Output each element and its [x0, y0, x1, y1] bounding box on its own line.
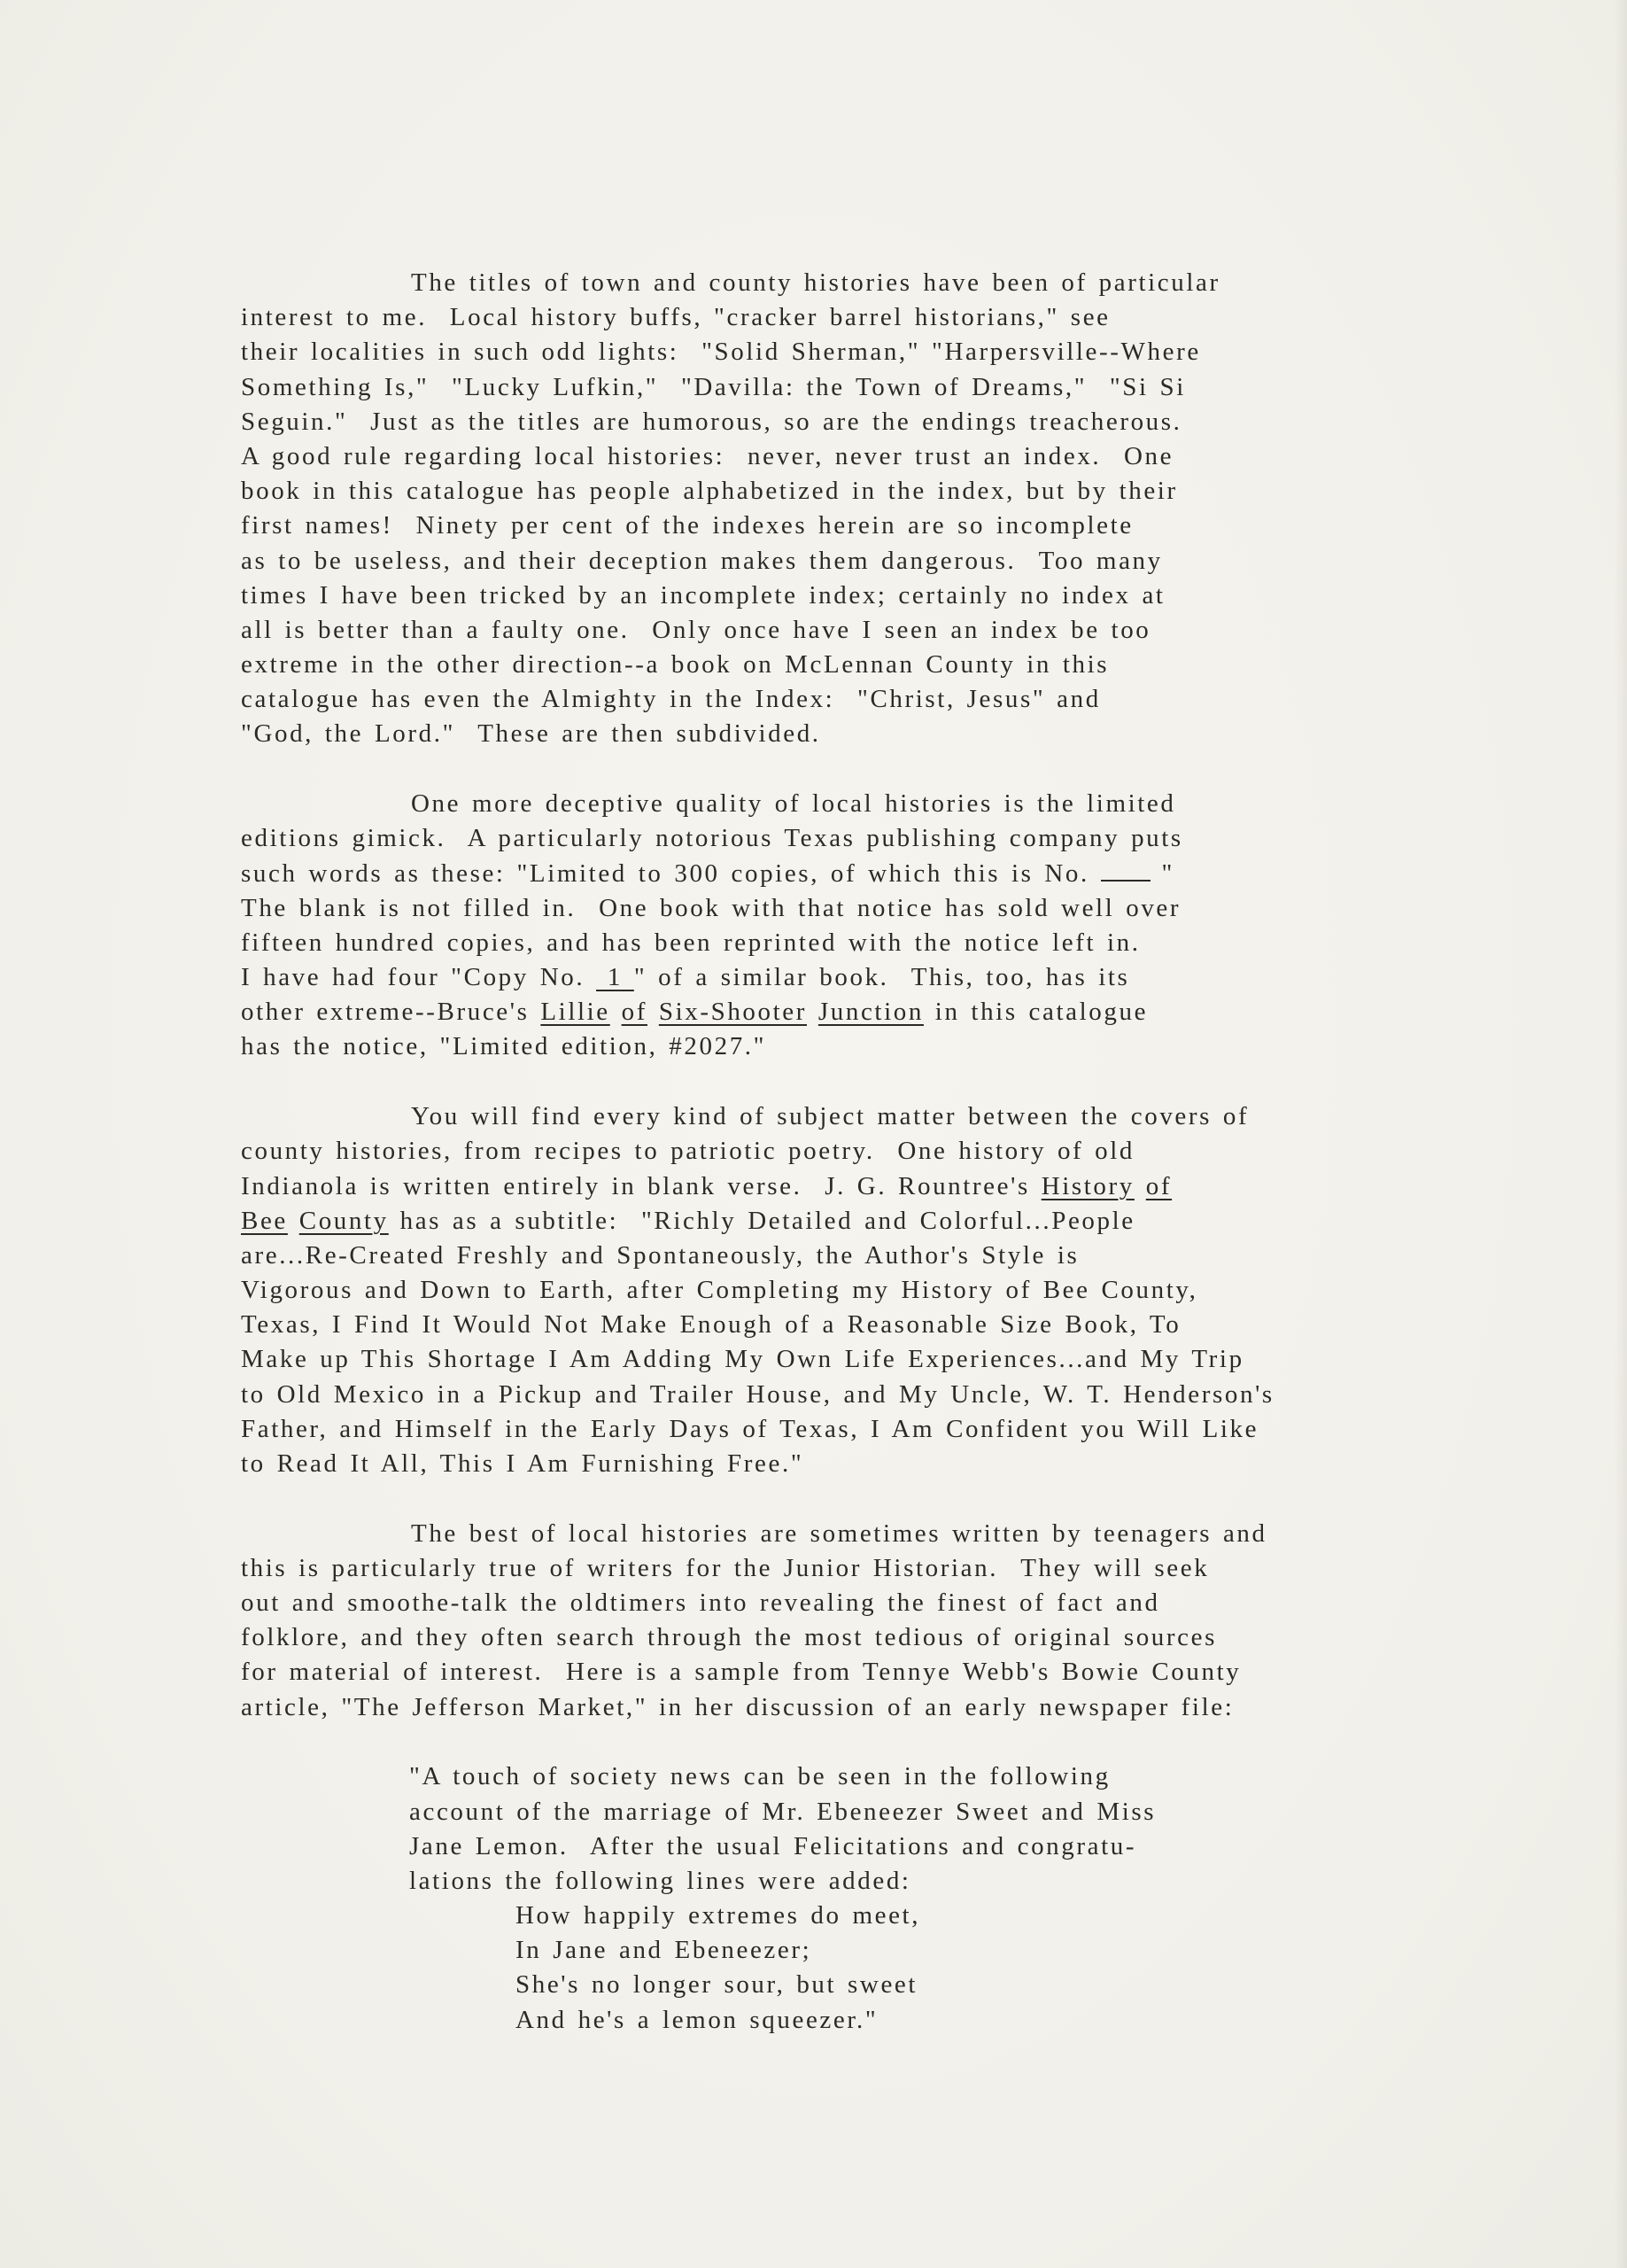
text-run: interest to me. Local history buffs, "cr…	[241, 303, 1111, 331]
text-line: to Read It All, This I Am Furnishing Fre…	[241, 1447, 1587, 1481]
text-line: all is better than a faulty one. Only on…	[241, 613, 1587, 648]
text-run	[807, 998, 818, 1026]
text-line: out and smoothe-talk the oldtimers into …	[241, 1586, 1587, 1620]
text-run: extreme in the other direction--a book o…	[241, 650, 1109, 679]
underlined-title: History	[1042, 1172, 1135, 1200]
verse-line: In Jane and Ebeneezer;	[515, 1933, 1587, 1968]
text-run: has the notice, "Limited edition, #2027.…	[241, 1032, 766, 1060]
text-run	[647, 998, 659, 1026]
text-line: You will find every kind of subject matt…	[241, 1099, 1587, 1134]
text-line: other extreme--Bruce's Lillie of Six-Sho…	[241, 995, 1587, 1029]
text-run: The titles of town and county histories …	[411, 268, 1220, 297]
underlined-title: of	[622, 998, 647, 1026]
text-run: The best of local histories are sometime…	[411, 1519, 1267, 1548]
text-run: folklore, and they often search through …	[241, 1623, 1217, 1651]
text-line: The best of local histories are sometime…	[241, 1517, 1587, 1551]
text-run: in this catalogue	[924, 998, 1148, 1026]
underlined-title: Six-Shooter	[659, 998, 807, 1026]
quote-line: "A touch of society news can be seen in …	[409, 1759, 1587, 1794]
text-line: Vigorous and Down to Earth, after Comple…	[241, 1273, 1587, 1308]
body-text: The titles of town and county histories …	[241, 266, 1587, 2038]
text-line: editions gimick. A particularly notoriou…	[241, 821, 1587, 856]
bleed-through-heading	[833, 197, 1125, 218]
text-line: Make up This Shortage I Am Adding My Own…	[241, 1342, 1587, 1377]
text-run: county histories, from recipes to patrio…	[241, 1137, 1135, 1165]
quote-line: account of the marriage of Mr. Ebeneezer…	[409, 1795, 1587, 1829]
text-run: other extreme--Bruce's	[241, 998, 540, 1026]
text-line: are...Re-Created Freshly and Spontaneous…	[241, 1239, 1587, 1273]
verse-line: How happily extremes do meet,	[515, 1899, 1587, 1933]
text-line: such words as these: "Limited to 300 cop…	[241, 857, 1587, 891]
text-run	[1135, 1172, 1146, 1200]
text-run: " of a similar book. This, too, has its	[634, 963, 1130, 991]
text-run: first names! Ninety per cent of the inde…	[241, 511, 1134, 540]
paragraph-teenagers: The best of local histories are sometime…	[241, 1517, 1587, 1725]
paragraph-limited-editions: One more deceptive quality of local hist…	[241, 787, 1587, 1065]
text-line: I have had four "Copy No. 1 " of a simil…	[241, 960, 1587, 995]
text-line: Texas, I Find It Would Not Make Enough o…	[241, 1308, 1587, 1342]
text-line: fifteen hundred copies, and has been rep…	[241, 926, 1587, 960]
text-run: times I have been tricked by an incomple…	[241, 581, 1166, 610]
text-run: this is particularly true of writers for…	[241, 1554, 1209, 1582]
underlined-title: County	[299, 1207, 389, 1235]
text-run	[288, 1207, 299, 1235]
text-run: "	[1151, 859, 1174, 888]
text-line: times I have been tricked by an incomple…	[241, 579, 1587, 613]
text-run: catalogue has even the Almighty in the I…	[241, 685, 1101, 713]
underlined-title: Junction	[818, 998, 924, 1026]
text-run: I have had four "Copy No.	[241, 963, 596, 991]
text-line: folklore, and they often search through …	[241, 1620, 1587, 1655]
text-run: to Read It All, This I Am Furnishing Fre…	[241, 1449, 803, 1478]
text-run: such words as these: "Limited to 300 cop…	[241, 859, 1101, 888]
underlined-title: 1	[596, 963, 634, 991]
underlined-title: Lillie	[540, 998, 609, 1026]
paragraph-titles: The titles of town and county histories …	[241, 266, 1587, 752]
verse: How happily extremes do meet, In Jane an…	[515, 1899, 1587, 2038]
paragraph-subject-matter: You will find every kind of subject matt…	[241, 1099, 1587, 1481]
text-line: Something Is," "Lucky Lufkin," "Davilla:…	[241, 370, 1587, 405]
text-line: One more deceptive quality of local hist…	[241, 787, 1587, 821]
text-line: article, "The Jefferson Market," in her …	[241, 1690, 1587, 1725]
paragraphs: The titles of town and county histories …	[241, 266, 1587, 1725]
text-line: county histories, from recipes to patrio…	[241, 1134, 1587, 1169]
text-run: "God, the Lord." These are then subdivid…	[241, 719, 821, 748]
text-run: out and smoothe-talk the oldtimers into …	[241, 1588, 1160, 1617]
text-line: catalogue has even the Almighty in the I…	[241, 682, 1587, 717]
text-line: interest to me. Local history buffs, "cr…	[241, 300, 1587, 335]
text-run: all is better than a faulty one. Only on…	[241, 616, 1151, 644]
text-line: "God, the Lord." These are then subdivid…	[241, 717, 1587, 751]
text-line: to Old Mexico in a Pickup and Trailer Ho…	[241, 1378, 1587, 1412]
text-line: A good rule regarding local histories: n…	[241, 439, 1587, 474]
text-run: One more deceptive quality of local hist…	[411, 789, 1176, 818]
text-run: Father, and Himself in the Early Days of…	[241, 1415, 1259, 1443]
underlined-title: of	[1146, 1172, 1172, 1200]
text-run: You will find every kind of subject matt…	[411, 1102, 1249, 1130]
text-run: Seguin." Just as the titles are humorous…	[241, 408, 1182, 436]
text-line: Bee County has as a subtitle: "Richly De…	[241, 1204, 1587, 1239]
text-line: their localities in such odd lights: "So…	[241, 335, 1587, 369]
text-run: Vigorous and Down to Earth, after Comple…	[241, 1276, 1197, 1304]
text-run: fifteen hundred copies, and has been rep…	[241, 928, 1141, 957]
text-run: as to be useless, and their deception ma…	[241, 547, 1163, 575]
text-run: article, "The Jefferson Market," in her …	[241, 1693, 1234, 1721]
text-run: are...Re-Created Freshly and Spontaneous…	[241, 1241, 1079, 1270]
text-run: A good rule regarding local histories: n…	[241, 442, 1174, 470]
blank-underline	[1101, 858, 1151, 882]
text-line: for material of interest. Here is a samp…	[241, 1655, 1587, 1689]
text-run: their localities in such odd lights: "So…	[241, 338, 1201, 366]
text-run: book in this catalogue has people alphab…	[241, 477, 1178, 505]
text-run: Texas, I Find It Would Not Make Enough o…	[241, 1310, 1181, 1339]
text-run: Indianola is written entirely in blank v…	[241, 1172, 1042, 1200]
text-line: has the notice, "Limited edition, #2027.…	[241, 1029, 1587, 1064]
text-line: The titles of town and county histories …	[241, 266, 1587, 300]
text-line: first names! Ninety per cent of the inde…	[241, 509, 1587, 543]
text-run: The blank is not filled in. One book wit…	[241, 894, 1181, 922]
quote-line: lations the following lines were added:	[409, 1864, 1587, 1899]
page-edge-shadow	[1615, 0, 1627, 2268]
verse-line: And he's a lemon squeezer."	[515, 2003, 1587, 2038]
quoted-passage: "A touch of society news can be seen in …	[409, 1759, 1587, 2038]
text-line: as to be useless, and their deception ma…	[241, 544, 1587, 579]
text-line: extreme in the other direction--a book o…	[241, 648, 1587, 682]
quote-line: Jane Lemon. After the usual Felicitation…	[409, 1829, 1587, 1864]
scanned-page: The titles of town and county histories …	[0, 0, 1627, 2268]
text-run: for material of interest. Here is a samp…	[241, 1658, 1241, 1686]
text-run: Something Is," "Lucky Lufkin," "Davilla:…	[241, 373, 1186, 401]
text-run	[610, 998, 622, 1026]
verse-line: She's no longer sour, but sweet	[515, 1968, 1587, 2002]
text-line: The blank is not filled in. One book wit…	[241, 891, 1587, 926]
text-line: Indianola is written entirely in blank v…	[241, 1169, 1587, 1204]
text-run: Make up This Shortage I Am Adding My Own…	[241, 1345, 1244, 1373]
text-line: book in this catalogue has people alphab…	[241, 474, 1587, 509]
text-run: editions gimick. A particularly notoriou…	[241, 824, 1183, 852]
text-run: has as a subtitle: "Richly Detailed and …	[389, 1207, 1135, 1235]
text-line: Father, and Himself in the Early Days of…	[241, 1412, 1587, 1447]
text-line: this is particularly true of writers for…	[241, 1551, 1587, 1586]
underlined-title: Bee	[241, 1207, 288, 1235]
text-run: to Old Mexico in a Pickup and Trailer Ho…	[241, 1380, 1274, 1409]
text-line: Seguin." Just as the titles are humorous…	[241, 405, 1587, 439]
